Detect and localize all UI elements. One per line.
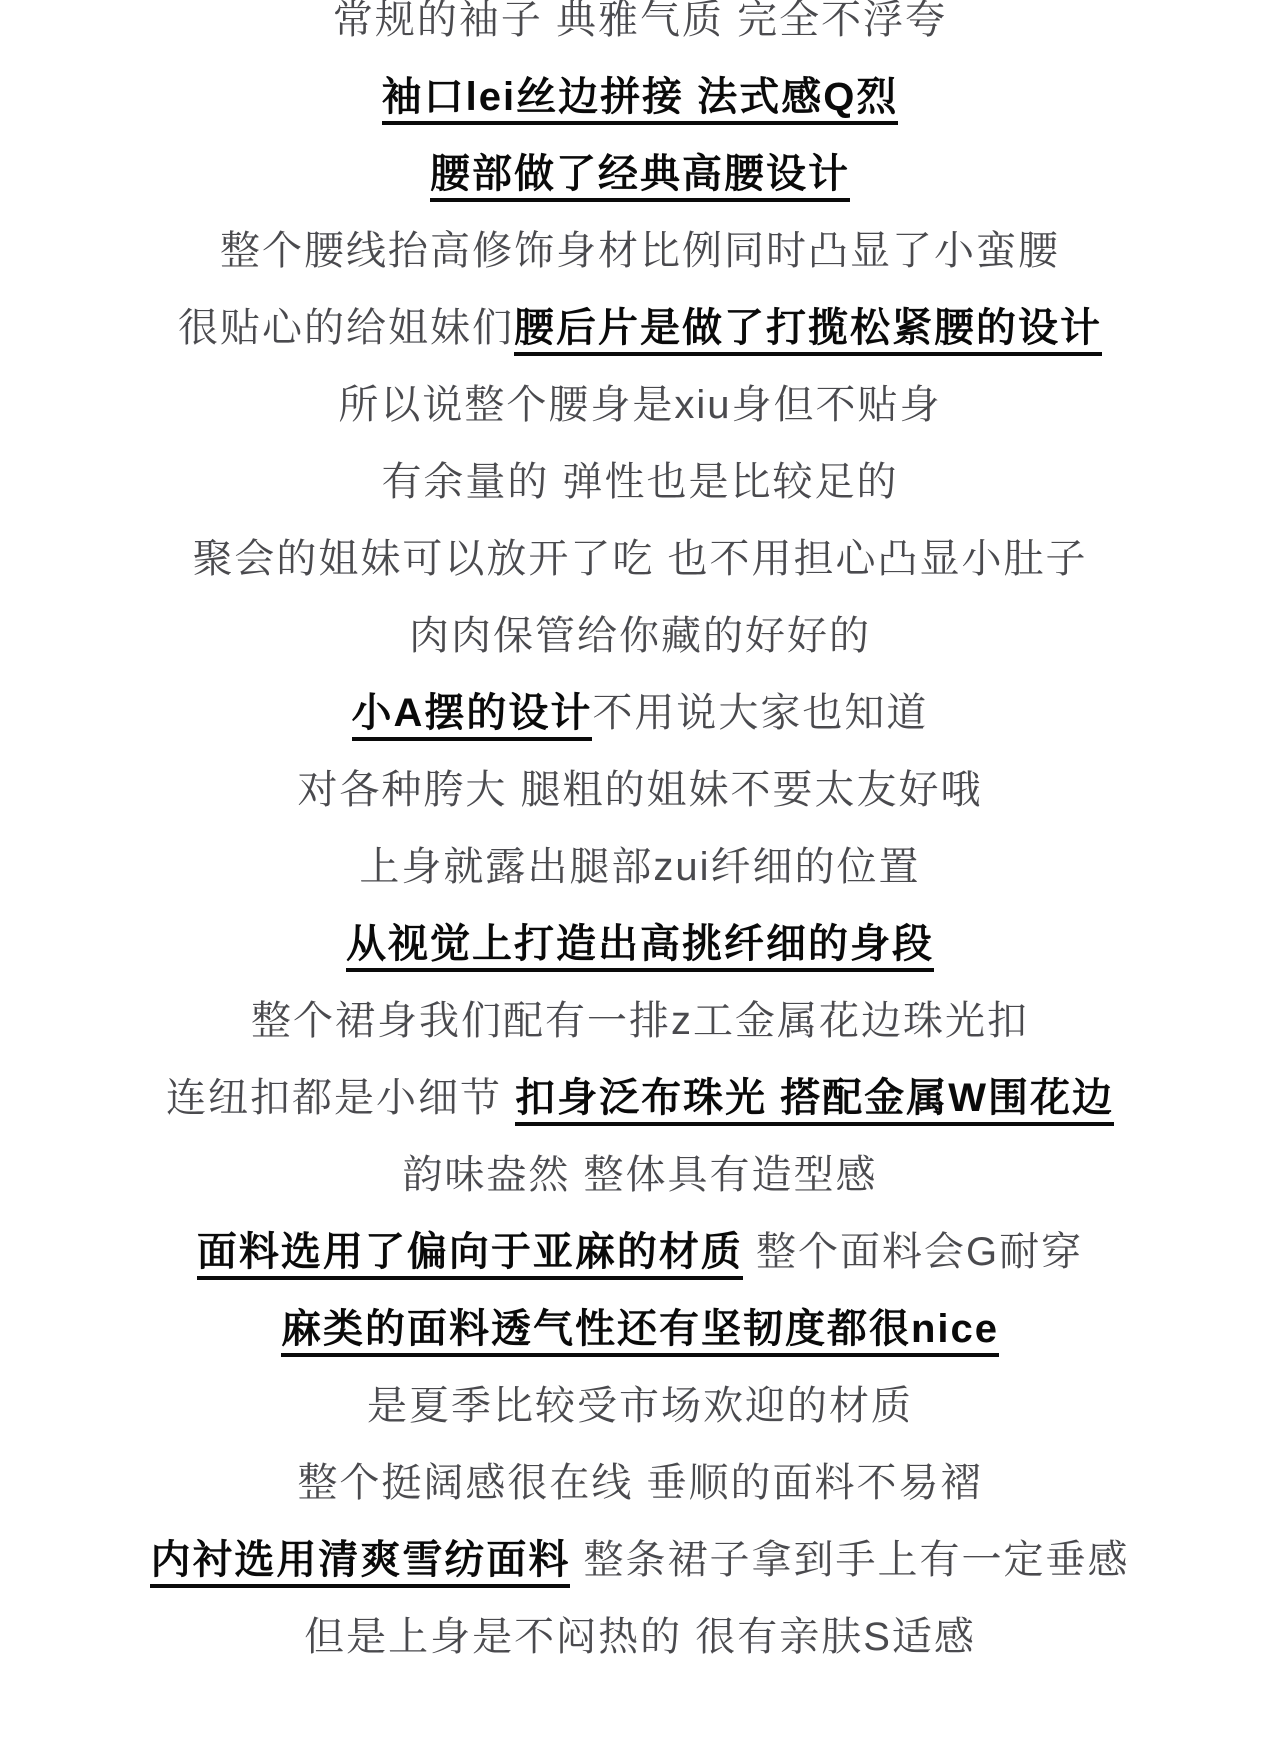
text-line: 整个挺阔感很在线 垂顺的面料不易褶 [0, 1445, 1280, 1522]
text-line: 上身就露出腿部zui纤细的位置 [0, 829, 1280, 906]
text-line: 是夏季比较受市场欢迎的材质 [0, 1368, 1280, 1445]
text-line: 腰部做了经典高腰设计 [0, 136, 1280, 213]
text-line: 但是上身是不闷热的 很有亲肤S适感 [0, 1599, 1280, 1676]
text-segment: 上身就露出腿部zui纤细的位置 [359, 845, 920, 889]
text-line: 肉肉保管给你藏的好好的 [0, 598, 1280, 675]
text-segment: 整条裙子拿到手上有一定垂感 [570, 1538, 1129, 1582]
emphasized-text-segment: 袖口lei丝边拼接 法式感Q烈 [382, 75, 899, 125]
text-segment: 整个腰线抬高修饰身材比例同时凸显了小蛮腰 [220, 229, 1060, 273]
text-line: 很贴心的给姐妹们腰后片是做了打揽松紧腰的设计 [0, 290, 1280, 367]
emphasized-text-segment: 腰后片是做了打揽松紧腰的设计 [514, 306, 1102, 356]
text-segment: 整个面料会G耐穿 [743, 1230, 1083, 1274]
text-segment: 所以说整个腰身是xiu身但不贴身 [338, 383, 941, 427]
text-line: 面料选用了偏向于亚麻的材质 整个面料会G耐穿 [0, 1214, 1280, 1291]
product-description-page: 常规的袖子 典雅气质 完全不浮夸袖口lei丝边拼接 法式感Q烈腰部做了经典高腰设… [0, 0, 1280, 1743]
text-segment: 不用说大家也知道 [592, 691, 928, 735]
text-segment: 韵味盎然 整体具有造型感 [402, 1153, 877, 1197]
text-line: 聚会的姐妹可以放开了吃 也不用担心凸显小肚子 [0, 521, 1280, 598]
text-segment: 有余量的 弹性也是比较足的 [381, 460, 898, 504]
text-line: 小A摆的设计不用说大家也知道 [0, 675, 1280, 752]
text-line: 整个裙身我们配有一排z工金属花边珠光扣 [0, 983, 1280, 1060]
text-line: 内衬选用清爽雪纺面料 整条裙子拿到手上有一定垂感 [0, 1522, 1280, 1599]
emphasized-text-segment: 麻类的面料透气性还有坚韧度都很nice [281, 1307, 999, 1357]
text-segment: 整个挺阔感很在线 垂顺的面料不易褶 [297, 1461, 982, 1505]
emphasized-text-segment: 面料选用了偏向于亚麻的材质 [197, 1230, 743, 1280]
emphasized-text-segment: 腰部做了经典高腰设计 [430, 152, 850, 202]
text-segment: 常规的袖子 典雅气质 完全不浮夸 [333, 0, 947, 42]
text-segment: 连纽扣都是小细节 [166, 1076, 515, 1120]
text-segment: 但是上身是不闷热的 很有亲肤S适感 [304, 1615, 976, 1659]
text-segment: 是夏季比较受市场欢迎的材质 [367, 1384, 913, 1428]
description-lines: 常规的袖子 典雅气质 完全不浮夸袖口lei丝边拼接 法式感Q烈腰部做了经典高腰设… [0, 0, 1280, 1676]
text-line: 连纽扣都是小细节 扣身泛布珠光 搭配金属W围花边 [0, 1060, 1280, 1137]
text-line: 韵味盎然 整体具有造型感 [0, 1137, 1280, 1214]
text-segment: 很贴心的给姐妹们 [178, 306, 514, 350]
text-segment: 聚会的姐妹可以放开了吃 也不用担心凸显小肚子 [192, 537, 1087, 581]
text-line: 袖口lei丝边拼接 法式感Q烈 [0, 59, 1280, 136]
emphasized-text-segment: 扣身泛布珠光 搭配金属W围花边 [515, 1076, 1114, 1126]
text-segment: 肉肉保管给你藏的好好的 [409, 614, 871, 658]
emphasized-text-segment: 内衬选用清爽雪纺面料 [150, 1538, 570, 1588]
text-line: 整个腰线抬高修饰身材比例同时凸显了小蛮腰 [0, 213, 1280, 290]
text-line: 常规的袖子 典雅气质 完全不浮夸 [0, 0, 1280, 59]
emphasized-text-segment: 从视觉上打造出高挑纤细的身段 [346, 922, 934, 972]
text-line: 所以说整个腰身是xiu身但不贴身 [0, 367, 1280, 444]
text-segment: 对各种胯大 腿粗的姐妹不要太友好哦 [297, 768, 982, 812]
text-line: 对各种胯大 腿粗的姐妹不要太友好哦 [0, 752, 1280, 829]
emphasized-text-segment: 小A摆的设计 [352, 691, 593, 741]
text-line: 有余量的 弹性也是比较足的 [0, 444, 1280, 521]
text-segment: 整个裙身我们配有一排z工金属花边珠光扣 [251, 999, 1029, 1043]
text-line: 麻类的面料透气性还有坚韧度都很nice [0, 1291, 1280, 1368]
text-line: 从视觉上打造出高挑纤细的身段 [0, 906, 1280, 983]
